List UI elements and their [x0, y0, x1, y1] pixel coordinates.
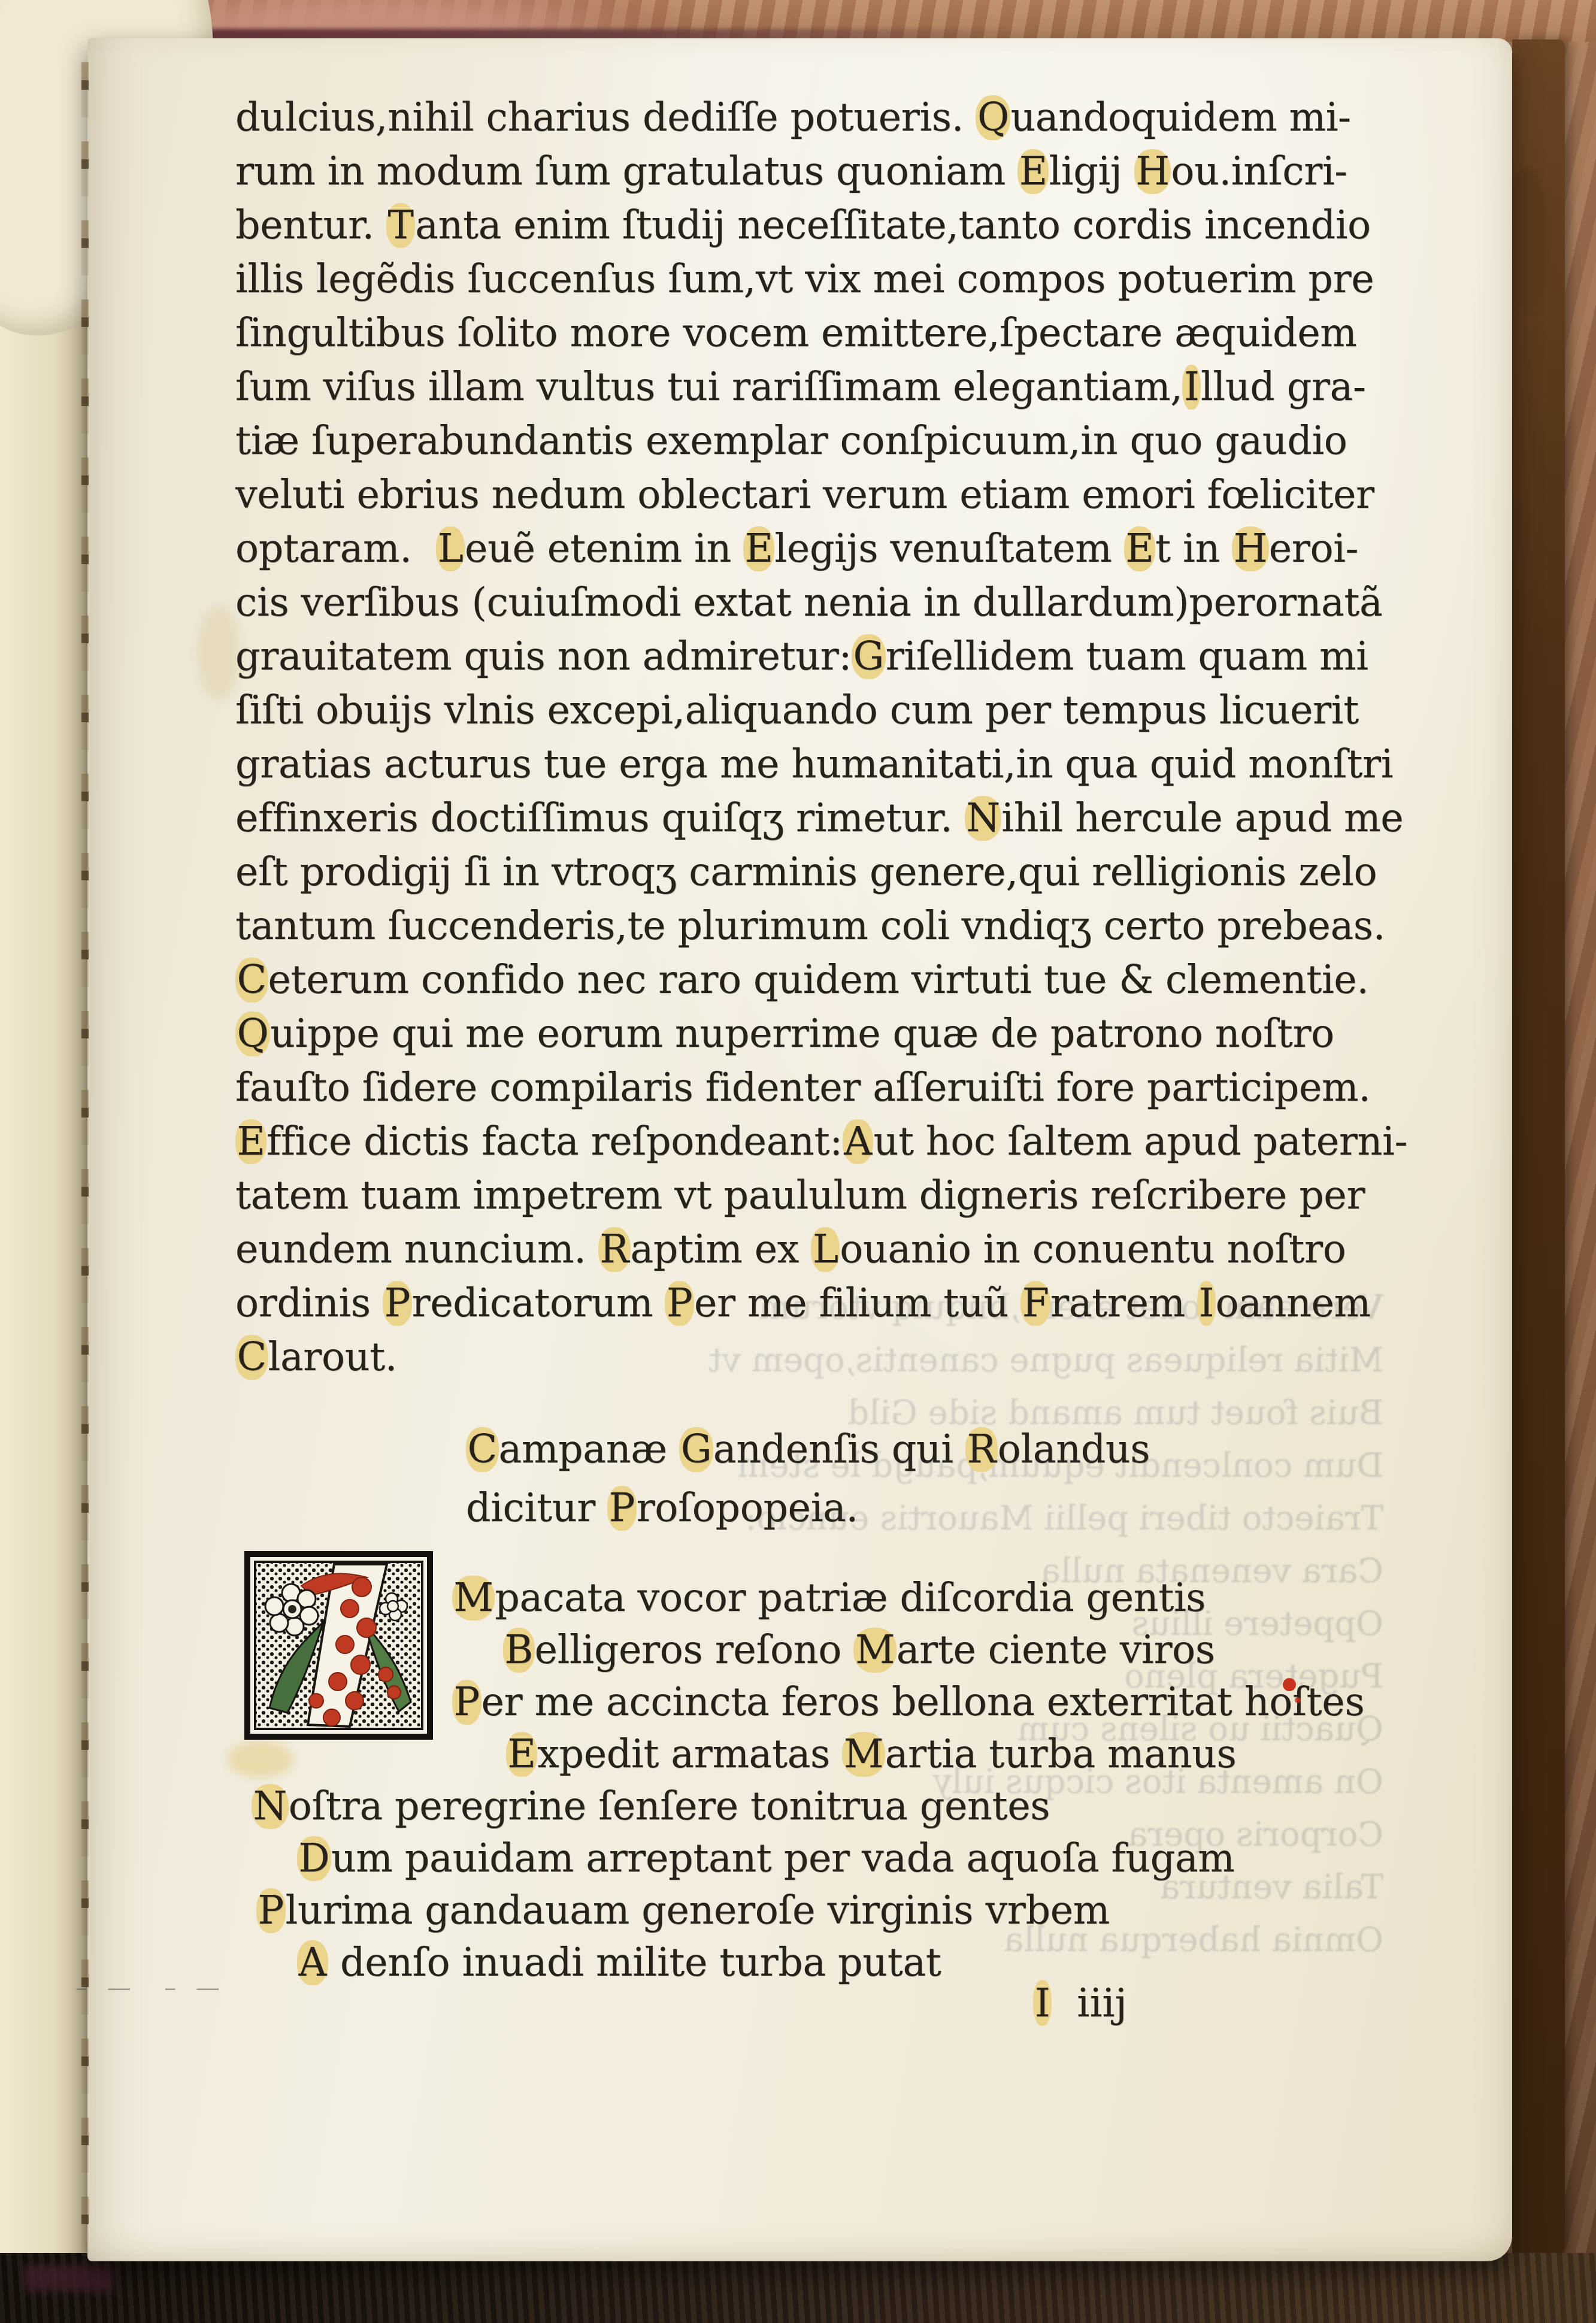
highlighted-initial: N	[252, 1784, 289, 1829]
poem-line: Per me accincta feros bellona exterritat…	[452, 1676, 1364, 1728]
decorated-initial-woodcut	[244, 1551, 433, 1740]
poem-line: Expedit armatas Martia turba manus	[506, 1728, 1237, 1780]
highlighted-initial: M	[842, 1732, 885, 1777]
highlighted-initial: C	[235, 1335, 268, 1380]
highlighted-initial: Q	[976, 95, 1010, 140]
prose-line: rum in modum ſum gratulatus quoniam Elig…	[235, 145, 1373, 199]
highlighted-initial: P	[256, 1888, 286, 1933]
poem-line: Belligeros reſono Marte ciente viros	[503, 1624, 1215, 1676]
highlighted-initial: L	[811, 1227, 840, 1272]
highlighted-initial: R	[598, 1227, 631, 1272]
highlighted-initial: G	[852, 634, 886, 679]
prose-line: effinxeris doctiſſimus quiſqʒ rimetur. N…	[235, 792, 1373, 846]
prose-line: Clarout.	[235, 1331, 1373, 1385]
prose-line: cis verſibus (cuiuſmodi extat nenia in d…	[235, 576, 1373, 630]
prose-line: bentur. Tanta enim ſtudij neceſſitate,ta…	[235, 199, 1373, 253]
highlighted-initial: I	[1197, 1281, 1215, 1326]
highlighted-initial: H	[1134, 149, 1171, 194]
poem-line: A denſo inuadi milite turba putat	[297, 1937, 941, 1989]
highlighted-initial: P	[383, 1281, 412, 1326]
prose-line: ſingultibus ſolito more vocem emittere,ſ…	[235, 307, 1373, 361]
highlighted-initial: I	[1033, 1980, 1052, 2026]
poem-line: Noſtra peregrine ſenſere tonitrua gentes	[252, 1780, 1050, 1833]
prose-line: tiæ ſuperabundantis exemplar conſpicuum,…	[235, 414, 1373, 468]
highlighted-initial: H	[1232, 526, 1268, 571]
highlighted-initial: P	[452, 1680, 481, 1725]
highlighted-initial: N	[965, 796, 1002, 841]
prose-line: Ceterum confido nec raro quidem virtuti …	[235, 953, 1373, 1007]
highlighted-initial: P	[607, 1486, 637, 1531]
highlighted-initial: F	[1020, 1281, 1050, 1326]
highlighted-initial: A	[843, 1119, 874, 1164]
highlighted-initial: E	[743, 526, 774, 571]
poem-line: Mpacata vocor patriæ diſcordia gentis	[452, 1572, 1206, 1624]
prose-line: dulcius,nihil charius dediſſe potueris. …	[235, 91, 1373, 145]
book-photograph: Vere eam fouet exero,biiquiq vtorumMitia…	[0, 0, 1596, 2323]
highlighted-initial: E	[1017, 149, 1049, 194]
prose-line: optaram. Leuẽ etenim in Elegijs venuſtat…	[235, 522, 1373, 576]
prose-line: ſum viſus illam vultus tui rariſſimam el…	[235, 361, 1373, 414]
highlighted-initial: A	[297, 1940, 328, 1985]
highlighted-initial: P	[665, 1281, 694, 1326]
prose-line: grauitatem quis non admiretur:Griſellide…	[235, 630, 1373, 684]
prose-line: illis legẽdis ſuccenſus ſum,vt vix mei c…	[235, 253, 1373, 307]
highlighted-initial: R	[965, 1427, 998, 1472]
prose-line: ordinis Predicatorum Per me filium tuũ F…	[235, 1277, 1373, 1331]
prose-line: veluti ebrius nedum oblectari verum etia…	[235, 468, 1373, 522]
highlighted-initial: C	[466, 1427, 499, 1472]
prose-line: tatem tuam impetrem vt paululum digneris…	[235, 1169, 1373, 1223]
quire-signature: I iiij	[1033, 1980, 1127, 2026]
highlighted-initial: M	[452, 1576, 495, 1621]
prose-line: Quippe qui me eorum nuperrime quæ de pat…	[235, 1007, 1373, 1061]
highlighted-initial: C	[235, 958, 268, 1003]
prose-line: eſt prodigij ſi in vtroqʒ carminis gener…	[235, 846, 1373, 899]
page-content: Vere eam fouet exero,biiquiq vtorumMitia…	[0, 0, 1596, 2323]
letter-text-block: dulcius,nihil charius dediſſe potueris. …	[235, 91, 1373, 1385]
prose-line: eundem nuncium. Raptim ex Louanio in con…	[235, 1223, 1373, 1277]
pencil-dash-marks: – — – —	[75, 1974, 226, 2001]
highlighted-initial: G	[679, 1427, 713, 1472]
highlighted-initial: Q	[235, 1011, 270, 1056]
poem-heading: Campanæ Gandenſis qui Rolandusdicitur Pr…	[466, 1421, 1150, 1538]
poem-line: Plurima gandauam generoſe virginis vrbem	[256, 1885, 1110, 1937]
prose-line: ſiſti obuijs vlnis excepi,aliquando cum …	[235, 684, 1373, 738]
prose-line: fauſto ſidere compilaris fidenter aſſeru…	[235, 1061, 1373, 1115]
highlighted-initial: E	[235, 1119, 266, 1164]
heading-line: dicitur Proſopopeia.	[466, 1479, 1150, 1538]
highlighted-initial: E	[1124, 526, 1155, 571]
prose-line: tantum ſuccenderis,te plurimum coli vndi…	[235, 899, 1373, 953]
prose-line: Effice dictis facta reſpondeant:Aut hoc …	[235, 1115, 1373, 1169]
prose-line: gratias acturus tue erga me humanitati,i…	[235, 738, 1373, 792]
highlighted-initial: L	[436, 526, 465, 571]
highlighted-initial: M	[853, 1628, 896, 1673]
highlighted-initial: T	[386, 203, 415, 248]
highlighted-initial: D	[297, 1836, 331, 1881]
highlighted-initial: I	[1182, 365, 1200, 410]
poem-line: Dum pauidam arreptant per vada aquoſa fu…	[297, 1833, 1234, 1885]
red-ink-dot	[1283, 1678, 1296, 1691]
highlighted-initial: B	[503, 1628, 535, 1673]
highlighted-initial: E	[506, 1732, 537, 1777]
heading-line: Campanæ Gandenſis qui Rolandus	[466, 1421, 1150, 1479]
